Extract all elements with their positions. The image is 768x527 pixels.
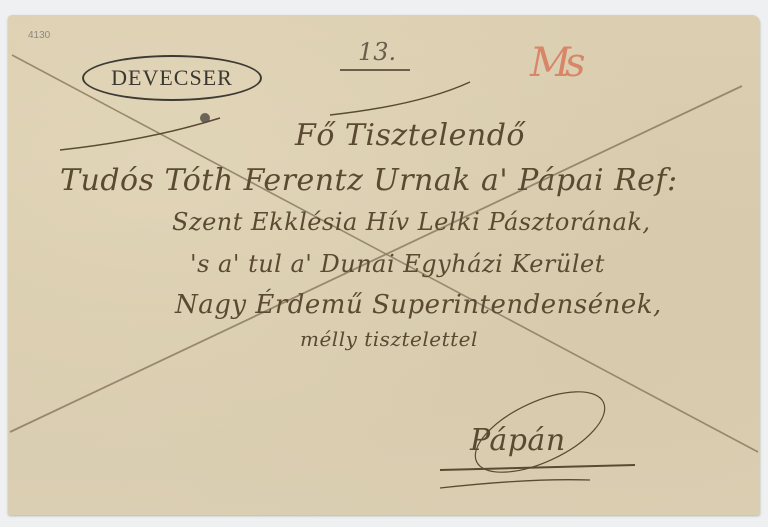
pencil-note: 4130 <box>28 30 50 41</box>
address-line-4: 's a' tul a' Dunai Egyházi Kerület <box>190 250 605 278</box>
postmark-text: DEVECSER <box>111 65 233 91</box>
address-line-2: Tudós Tóth Ferentz Urnak a' Pápai Ref: <box>60 163 678 198</box>
red-crayon-marking: Ms <box>530 40 579 86</box>
destination: Pápán <box>470 423 566 458</box>
docket-number: 13. <box>358 38 396 66</box>
postmark-stamp: DEVECSER <box>82 55 262 101</box>
address-line-5: Nagy Érdemű Superintendensének, <box>175 290 662 320</box>
address-line-1: Fő Tisztelendő <box>295 118 525 153</box>
address-line-6: mélly tisztelettel <box>300 327 478 351</box>
address-line-3: Szent Ekklésia Hív Lelki Pásztorának, <box>172 208 651 236</box>
